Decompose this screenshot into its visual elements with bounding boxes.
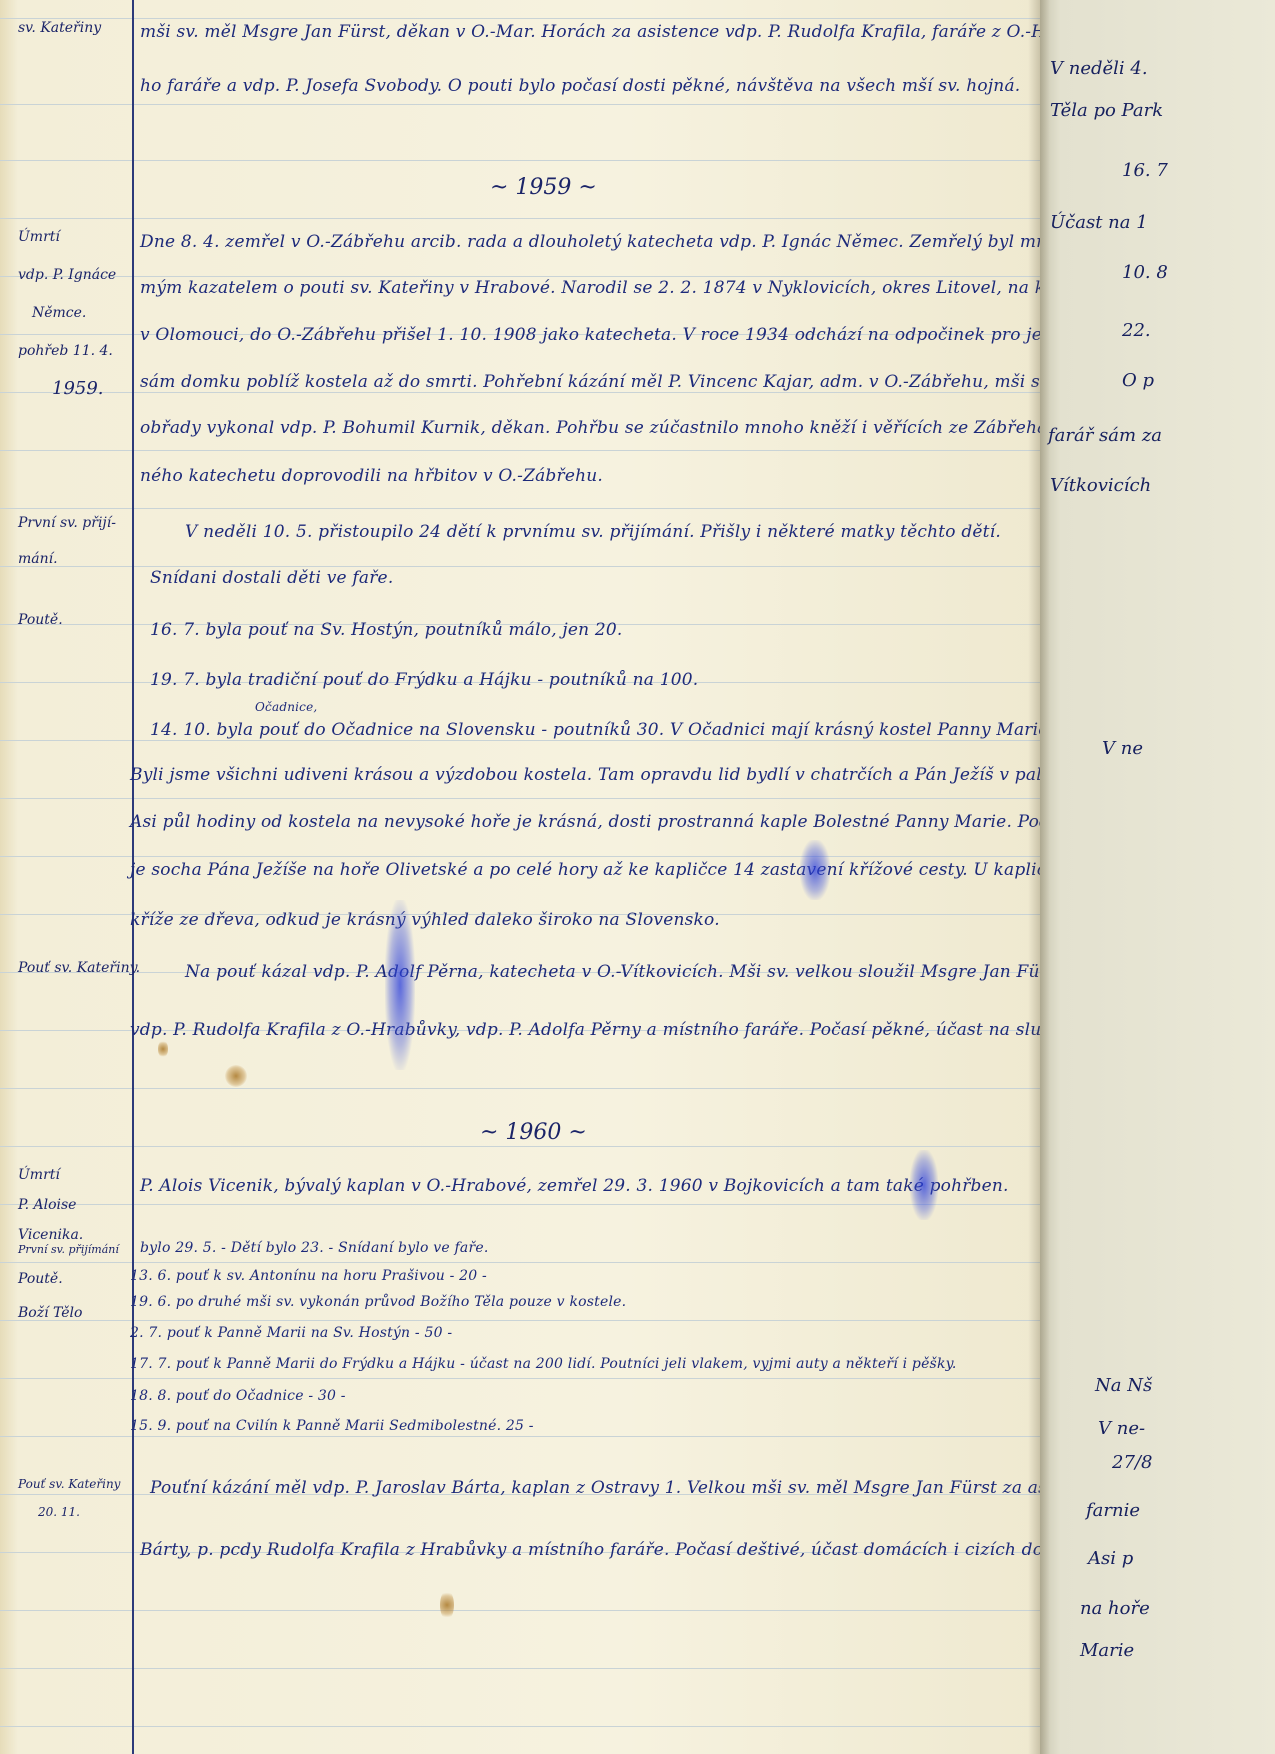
margin-note-prvni-prijimani-1960: První sv. přijímání bbox=[18, 1240, 130, 1260]
text-line: Pouťní kázání měl vdp. P. Jaroslav Bárta… bbox=[150, 1478, 1040, 1498]
margin-note-poute-1960: Poutě. Boží Tělo bbox=[18, 1262, 130, 1330]
text-line: Asi půl hodiny od kostela na nevysoké ho… bbox=[130, 812, 1040, 832]
ink-blot bbox=[800, 840, 830, 900]
text-line: je socha Pána Ježíše na hoře Olivetské a… bbox=[130, 860, 1040, 880]
text-line: ného katechetu doprovodili na hřbitov v … bbox=[140, 466, 603, 486]
ruled-line bbox=[0, 160, 1040, 161]
ink-blot bbox=[910, 1150, 938, 1220]
book-gutter bbox=[1028, 0, 1050, 1754]
right-text-fragment: V neděli 4. bbox=[1050, 58, 1148, 79]
text-line: sám domku poblíž kostela až do smrti. Po… bbox=[140, 372, 1040, 392]
text-line: Na pouť kázal vdp. P. Adolf Pěrna, katec… bbox=[185, 962, 1040, 982]
text-line: Dne 8. 4. zemřel v O.-Zábřehu arcib. rad… bbox=[140, 232, 1040, 252]
right-text-fragment: Těla po Park bbox=[1050, 100, 1163, 121]
text-line: 16. 7. byla pouť na Sv. Hostýn, poutníků… bbox=[150, 620, 623, 640]
right-text-fragment: Marie bbox=[1080, 1640, 1134, 1661]
right-text-fragment: 27/8 bbox=[1112, 1452, 1152, 1473]
stain bbox=[158, 1040, 168, 1058]
year-heading-1960: ~ 1960 ~ bbox=[480, 1120, 587, 1145]
left-page: sv. Kateřiny mši sv. měl Msgre Jan Fürst… bbox=[0, 0, 1040, 1754]
right-text-fragment: na hoře bbox=[1080, 1598, 1150, 1619]
margin-note-umrti-vicenika: Úmrtí P. Aloise Vicenika. bbox=[18, 1160, 130, 1250]
ruled-line bbox=[0, 1378, 1040, 1379]
margin-note-line: Poutě. bbox=[18, 1262, 130, 1296]
right-text-fragment: farnie bbox=[1086, 1500, 1140, 1521]
margin-note-line: Pouť sv. Kateřiny bbox=[18, 1470, 130, 1498]
ruled-line bbox=[0, 856, 1040, 857]
right-text-fragment: 10. 8 bbox=[1122, 262, 1168, 283]
text-line: 19. 6. po druhé mši sv. vykonán průvod B… bbox=[130, 1294, 626, 1310]
right-text-fragment: Asi p bbox=[1088, 1548, 1133, 1569]
text-line: mým kazatelem o pouti sv. Kateřiny v Hra… bbox=[140, 278, 1040, 298]
text-line: 19. 7. byla tradiční pouť do Frýdku a Há… bbox=[150, 670, 698, 690]
text-line: ho faráře a vdp. P. Josefa Svobody. O po… bbox=[140, 76, 1020, 96]
ruled-line bbox=[0, 1088, 1040, 1089]
margin-note-line: vdp. P. Ignáce bbox=[18, 256, 130, 294]
margin-note-pout-kateriny-1959: Pouť sv. Kateřiny. bbox=[18, 948, 130, 988]
ruled-line bbox=[0, 508, 1040, 509]
right-text-fragment: 16. 7 bbox=[1122, 160, 1168, 181]
text-line: kříže ze dřeva, odkud je krásný výhled d… bbox=[130, 910, 720, 930]
margin-note-line: Úmrtí bbox=[18, 1160, 130, 1190]
ruled-line bbox=[0, 1668, 1040, 1669]
text-line: 18. 8. pouť do Očadnice - 30 - bbox=[130, 1388, 346, 1404]
ruled-line bbox=[0, 1262, 1040, 1263]
ruled-line bbox=[0, 740, 1040, 741]
right-page: V neděli 4. Těla po Park 16. 7 Účast na … bbox=[1040, 0, 1275, 1754]
ruled-line bbox=[0, 798, 1040, 799]
margin-note-poute-1959: Poutě. bbox=[18, 600, 130, 640]
year-heading-1959: ~ 1959 ~ bbox=[490, 175, 597, 200]
margin-note-line: První sv. přijí- bbox=[18, 505, 130, 541]
ruled-line bbox=[0, 1146, 1040, 1147]
text-line: 14. 10. byla pouť do Očadnice na Slovens… bbox=[150, 720, 1040, 740]
margin-note-pout-kateriny: sv. Kateřiny bbox=[18, 8, 130, 48]
right-text-fragment: 22. bbox=[1122, 320, 1151, 341]
text-line: P. Alois Vicenik, bývalý kaplan v O.-Hra… bbox=[140, 1176, 1009, 1196]
text-line: v Olomouci, do O.-Zábřehu přišel 1. 10. … bbox=[140, 325, 1040, 345]
right-text-fragment: V ne- bbox=[1098, 1418, 1145, 1439]
right-text-fragment: farář sám za bbox=[1048, 425, 1162, 446]
margin-note-pout-kateriny-1960: Pouť sv. Kateřiny 20. 11. bbox=[18, 1470, 130, 1526]
ruled-line bbox=[0, 1436, 1040, 1437]
text-line: 17. 7. pouť k Panně Marii do Frýdku a Há… bbox=[130, 1356, 957, 1372]
margin-note-line: pohřeb 11. 4. bbox=[18, 332, 130, 370]
correction-note: Očadnice, bbox=[255, 700, 317, 714]
text-line: V neděli 10. 5. přistoupilo 24 dětí k pr… bbox=[185, 522, 1001, 542]
right-text-fragment: Vítkovicích bbox=[1050, 475, 1151, 496]
ruled-line bbox=[0, 1320, 1040, 1321]
ruled-line bbox=[0, 104, 1040, 105]
text-line: mši sv. měl Msgre Jan Fürst, děkan v O.-… bbox=[140, 22, 1040, 42]
ruled-line bbox=[0, 450, 1040, 451]
text-line: Bárty, p. pcdy Rudolfa Krafila z Hrabůvk… bbox=[140, 1540, 1040, 1560]
ruled-line bbox=[0, 18, 1040, 19]
text-line: obřady vykonal vdp. P. Bohumil Kurnik, d… bbox=[140, 418, 1040, 438]
right-text-fragment: Účast na 1 bbox=[1050, 212, 1148, 233]
text-line: Snídani dostali děti ve faře. bbox=[150, 568, 393, 588]
ink-blot bbox=[385, 900, 415, 1070]
margin-note-line: P. Aloise bbox=[18, 1190, 130, 1220]
ruled-line bbox=[0, 276, 1040, 277]
ruled-line bbox=[0, 1610, 1040, 1611]
right-text-fragment: O p bbox=[1122, 370, 1154, 391]
right-text-fragment: V ne bbox=[1102, 738, 1143, 759]
right-text-fragment: Na Nš bbox=[1095, 1375, 1152, 1396]
margin-note-line: Úmrtí bbox=[18, 218, 130, 256]
text-line: 15. 9. pouť na Cvilín k Panně Marii Sedm… bbox=[130, 1418, 534, 1434]
text-line: bylo 29. 5. - Dětí bylo 23. - Snídaní by… bbox=[140, 1240, 488, 1256]
stain bbox=[440, 1590, 454, 1620]
margin-note-line: mání. bbox=[18, 541, 130, 577]
margin-note-line: 20. 11. bbox=[18, 1498, 130, 1526]
text-line: 2. 7. pouť k Panně Marii na Sv. Hostýn -… bbox=[130, 1325, 452, 1341]
text-line: 13. 6. pouť k sv. Antonínu na horu Praši… bbox=[130, 1268, 487, 1284]
ruled-line bbox=[0, 1726, 1040, 1727]
margin-note-prvni-prijimani: První sv. přijí- mání. bbox=[18, 505, 130, 577]
stain bbox=[225, 1065, 247, 1087]
margin-note-line: 1959. bbox=[18, 370, 130, 408]
text-line: vdp. P. Rudolfa Krafila z O.-Hrabůvky, v… bbox=[130, 1020, 1040, 1040]
margin-note-line: Boží Tělo bbox=[18, 1296, 130, 1330]
margin-note-line: Němce. bbox=[18, 294, 130, 332]
text-line: Byli jsme všichni udiveni krásou a výzdo… bbox=[130, 765, 1040, 785]
ruled-line bbox=[0, 566, 1040, 567]
margin-note-umrti-nemce: Úmrtí vdp. P. Ignáce Němce. pohřeb 11. 4… bbox=[18, 218, 130, 408]
ruled-line bbox=[0, 1204, 1040, 1205]
ruled-line bbox=[0, 218, 1040, 219]
ruled-line bbox=[0, 392, 1040, 393]
